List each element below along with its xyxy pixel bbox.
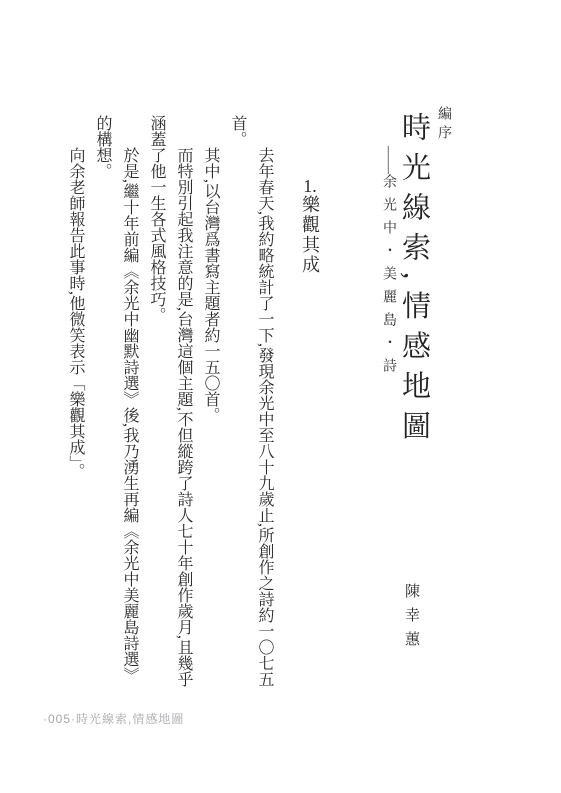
section-title: 樂觀其成 <box>300 195 320 275</box>
paragraph: 於是,繼十年前編《余光中幽默詩選》後,我乃湧生再編《余光中美麗島詩選》的構想。 <box>89 115 143 695</box>
page-title: 時光線索,情感地圖 <box>394 112 435 450</box>
paragraph: 其中,以台灣爲書寫主題者約一五〇首。 <box>197 115 224 695</box>
paragraph: 向余老師報告此事時,他微笑表示「樂觀其成」。 <box>62 115 89 695</box>
book-page: 編序 時光線索,情感地圖 ——余光中・美麗島・詩 陳幸蕙 1.樂觀其成 去年春天… <box>0 0 561 793</box>
page-footer: ·005·時光線索,情感地圖 <box>43 710 184 727</box>
paragraph: 而特別引起我注意的是,台灣這個主題,不但縱跨了詩人七十年創作歲月,且幾乎涵蓋了他… <box>143 115 197 695</box>
author-name: 陳幸蕙 <box>401 583 422 655</box>
edition-preface-label: 編序 <box>433 106 453 144</box>
subtitle-text: 余光中・美麗島・詩 <box>381 174 396 381</box>
body-text: 1.樂觀其成 去年春天,我約略統計了一下,發現余光中至八十九歲止,所創作之詩約一… <box>62 115 323 695</box>
subtitle-dash: —— <box>381 146 396 174</box>
section-number: 1. <box>300 177 320 195</box>
subtitle: ——余光中・美麗島・詩 <box>378 146 398 381</box>
paragraph: 去年春天,我約略統計了一下,發現余光中至八十九歲止,所創作之詩約一〇七五首。 <box>224 115 278 695</box>
section-heading: 1.樂觀其成 <box>296 115 323 695</box>
